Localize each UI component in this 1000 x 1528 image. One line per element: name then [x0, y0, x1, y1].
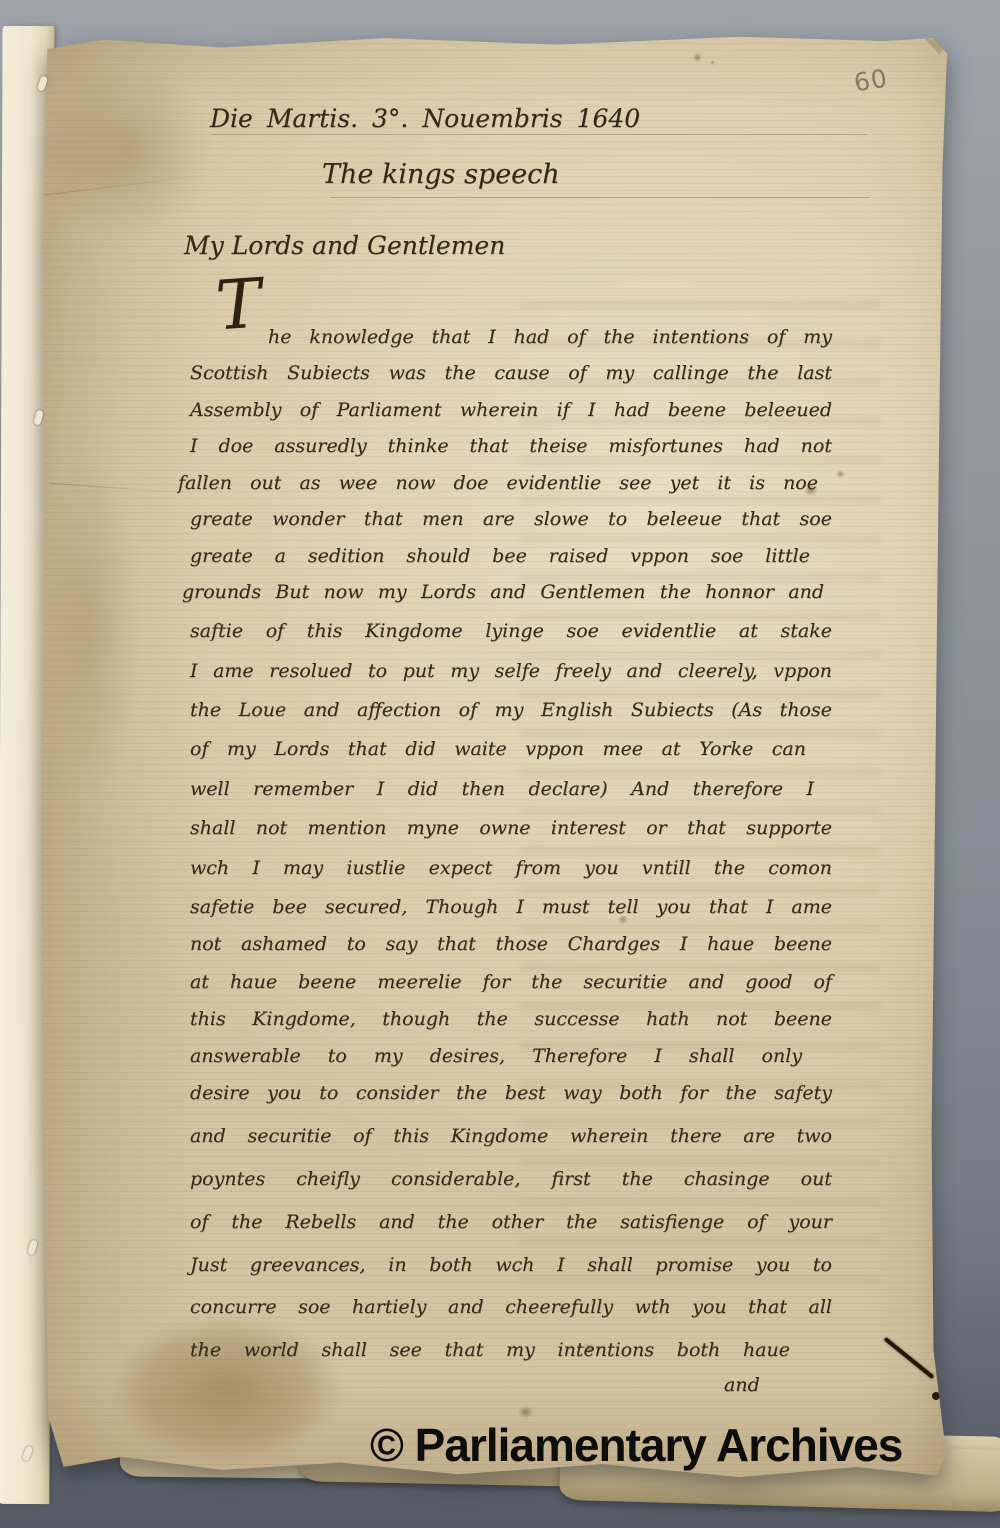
edge-toning	[30, 416, 150, 836]
manuscript-line: shall not mention myne owne interest or …	[190, 819, 832, 838]
copyright-watermark: © Parliamentary Archives	[370, 1418, 902, 1472]
fox-spot	[836, 470, 845, 478]
manuscript-line: Assembly of Parliament wherein if I had …	[190, 401, 832, 420]
manuscript-line: answerable to my desires, Therefore I sh…	[190, 1047, 802, 1066]
decorated-initial: T	[214, 271, 264, 342]
manuscript-line: Just greevances, in both wch I shall pro…	[190, 1256, 832, 1275]
manuscript-line: saftie of this Kingdome lyinge soe evide…	[190, 622, 832, 641]
salutation: My Lords and Gentlemen	[184, 231, 505, 260]
manuscript-line: wch I may iustlie expect from you vntill…	[190, 859, 832, 878]
manuscript-line: desire you to consider the best way both…	[190, 1084, 832, 1103]
manuscript-line: the world shall see that my intentions b…	[190, 1341, 790, 1360]
manuscript-line: the Loue and affection of my English Sub…	[190, 701, 832, 720]
manuscript-line: well remember I did then declare) And th…	[190, 780, 814, 799]
manuscript-line: he knowledge that I had of the intention…	[268, 328, 832, 347]
ruled-line	[330, 197, 870, 198]
manuscript-line: of my Lords that did waite vppon mee at …	[190, 740, 806, 759]
manuscript-line: this Kingdome, though the successe hath …	[190, 1010, 832, 1029]
manuscript-line: poyntes cheifly considerable, first the …	[190, 1170, 832, 1189]
manuscript-line: at haue beene meerelie for the securitie…	[190, 973, 832, 992]
manuscript-line: I ame resolued to put my selfe freely an…	[190, 662, 832, 681]
manuscript-line: I doe assuredly thinke that theise misfo…	[190, 437, 832, 456]
folio-number: 60	[852, 64, 890, 98]
fox-spot	[693, 53, 702, 62]
speech-title: The kings speech	[322, 159, 560, 190]
manuscript-line: of the Rebells and the other the satisfi…	[190, 1213, 832, 1232]
manuscript-line: grounds But now my Lords and Gentlemen t…	[182, 583, 824, 602]
catchword: and	[724, 1374, 760, 1396]
manuscript-line: safetie bee secured, Though I must tell …	[190, 898, 832, 917]
ink-blot-dot	[932, 1392, 940, 1400]
photograph-stage: Die Martis. 3°. Nouembris 1640 The kings…	[0, 0, 1000, 1528]
ruled-line	[212, 134, 867, 135]
manuscript-line: and securitie of this Kingdome wherein t…	[190, 1127, 832, 1146]
manuscript-line: fallen out as wee now doe evidentlie see…	[178, 474, 818, 493]
manuscript-line: greate a sedition should bee raised vppo…	[190, 547, 810, 566]
fox-spot	[518, 1406, 533, 1418]
date-heading: Die Martis. 3°. Nouembris 1640	[210, 104, 640, 133]
manuscript-line: concurre soe hartiely and cheerefully wt…	[190, 1298, 832, 1317]
manuscript-line: Scottish Subiects was the cause of my ca…	[190, 364, 832, 383]
fox-spot	[710, 60, 715, 65]
manuscript-line: greate wonder that men are slowe to bele…	[190, 510, 832, 529]
manuscript-line: not ashamed to say that those Chardges I…	[190, 935, 832, 954]
